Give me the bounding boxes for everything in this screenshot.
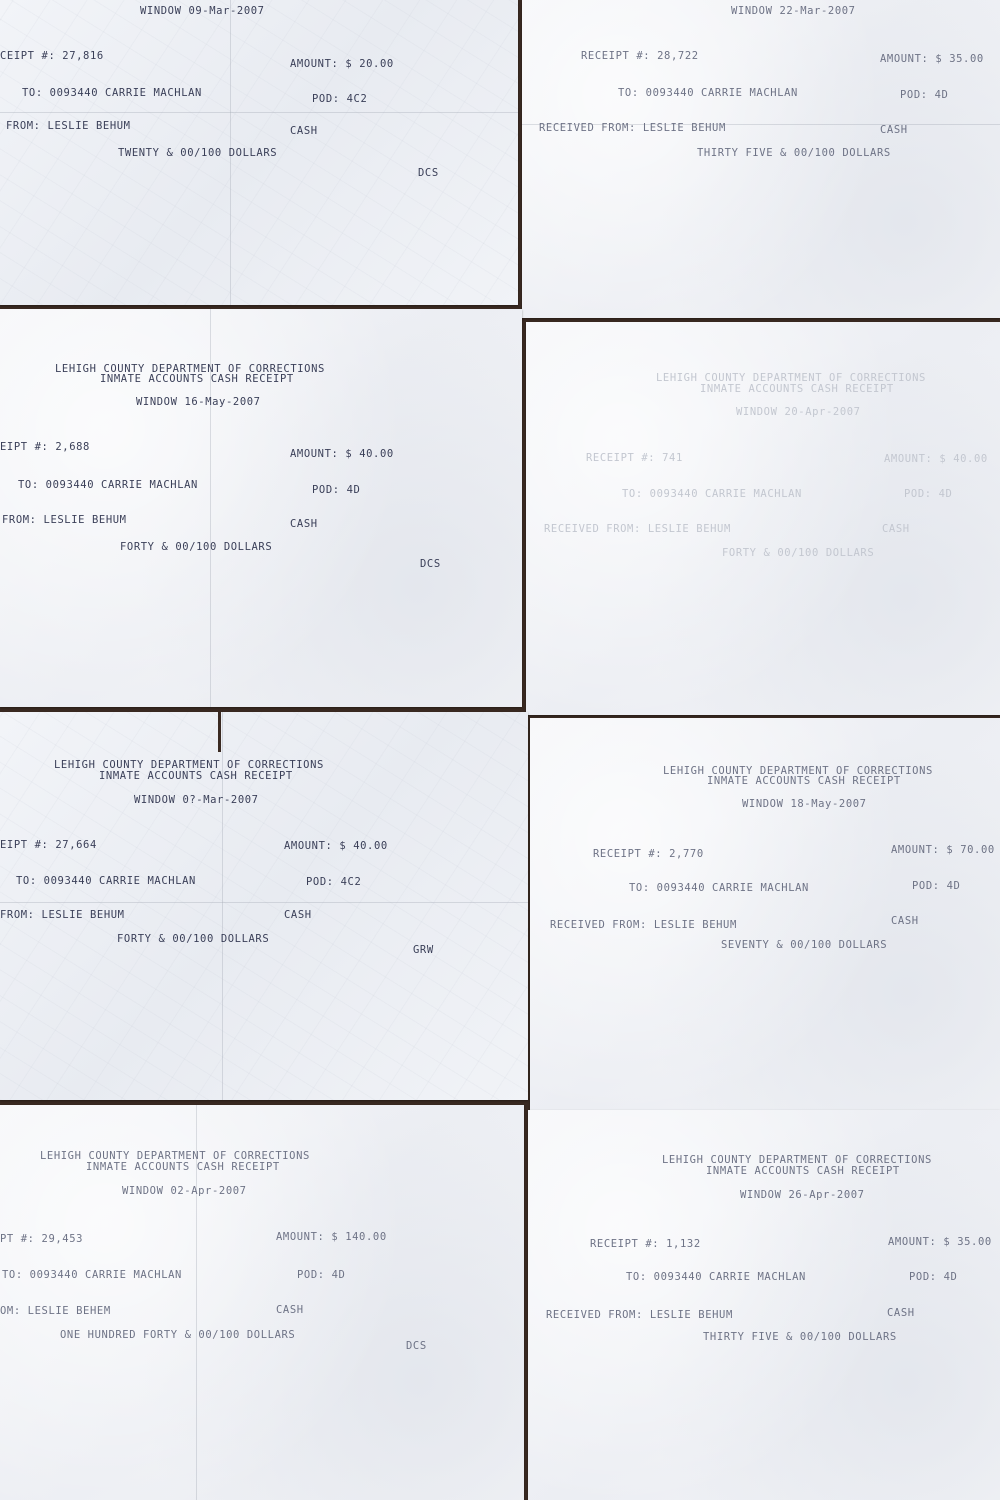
receipt-amount: AMOUNT: $ 40.00	[884, 453, 988, 465]
receipt-number: PT #: 29,453	[0, 1233, 83, 1245]
receipt-window-date: WINDOW 0?-Mar-2007	[134, 794, 259, 806]
receipt-payment-method: CASH	[880, 124, 908, 136]
receipt-22-mar-2007: WINDOW 22-Mar-2007 RECEIPT #: 28,722 AMO…	[522, 0, 1000, 318]
receipt-amount-words: SEVENTY & 00/100 DOLLARS	[721, 939, 887, 951]
receipt-amount: AMOUNT: $ 35.00	[888, 1236, 992, 1248]
receipt-amount-words: FORTY & 00/100 DOLLARS	[722, 547, 874, 559]
receipt-amount: AMOUNT: $ 140.00	[276, 1231, 387, 1243]
receipt-window-date: WINDOW 22-Mar-2007	[731, 5, 856, 17]
receipt-recipient: TO: 0093440 CARRIE MACHLAN	[2, 1269, 182, 1281]
receipt-amount-words: THIRTY FIVE & 00/100 DOLLARS	[697, 147, 891, 159]
receipt-recipient: TO: 0093440 CARRIE MACHLAN	[18, 479, 198, 491]
receipt-amount: AMOUNT: $ 20.00	[290, 58, 394, 70]
receipt-0x-mar-2007: LEHIGH COUNTY DEPARTMENT OF CORRECTIONS …	[0, 712, 528, 1100]
receipt-recipient: TO: 0093440 CARRIE MACHLAN	[626, 1271, 806, 1283]
receipt-window-date: WINDOW 18-May-2007	[742, 798, 867, 810]
receipt-amount: AMOUNT: $ 40.00	[284, 840, 388, 852]
receipt-amount-words: THIRTY FIVE & 00/100 DOLLARS	[703, 1331, 897, 1343]
receipt-amount-words: TWENTY & 00/100 DOLLARS	[118, 147, 277, 159]
receipt-header-line2: INMATE ACCOUNTS CASH RECEIPT	[86, 1161, 280, 1173]
receipt-pod: POD: 4C2	[306, 876, 361, 888]
receipt-number: RECEIPT #: 1,132	[590, 1238, 701, 1250]
receipt-amount-words: ONE HUNDRED FORTY & 00/100 DOLLARS	[60, 1329, 295, 1341]
receipt-sender: RECEIVED FROM: LESLIE BEHUM	[544, 523, 731, 535]
receipt-number: EIPT #: 27,664	[0, 839, 97, 851]
receipt-clerk: DCS	[406, 1340, 427, 1352]
receipt-sender: FROM: LESLIE BEHUM	[6, 120, 131, 132]
receipt-number: RECEIPT #: 2,770	[593, 848, 704, 860]
receipt-sender: RECEIVED FROM: LESLIE BEHUM	[550, 919, 737, 931]
receipt-window-date: WINDOW 02-Apr-2007	[122, 1185, 247, 1197]
receipt-recipient: TO: 0093440 CARRIE MACHLAN	[622, 488, 802, 500]
receipt-header-line2: INMATE ACCOUNTS CASH RECEIPT	[700, 383, 894, 395]
receipt-sender: FROM: LESLIE BEHUM	[0, 909, 125, 921]
receipt-pod: POD: 4D	[912, 880, 960, 892]
receipt-recipient: TO: 0093440 CARRIE MACHLAN	[618, 87, 798, 99]
receipt-window-date: WINDOW 16-May-2007	[136, 396, 261, 408]
receipt-payment-method: CASH	[290, 125, 318, 137]
receipt-recipient: TO: 0093440 CARRIE MACHLAN	[16, 875, 196, 887]
receipt-payment-method: CASH	[891, 915, 919, 927]
receipt-header-line2: INMATE ACCOUNTS CASH RECEIPT	[707, 775, 901, 787]
receipt-payment-method: CASH	[887, 1307, 915, 1319]
receipt-pod: POD: 4D	[909, 1271, 957, 1283]
receipt-clerk: DCS	[418, 167, 439, 179]
receipt-sender: OM: LESLIE BEHEM	[0, 1305, 111, 1317]
receipt-number: CEIPT #: 27,816	[0, 50, 104, 62]
receipt-sender: RECEIVED FROM: LESLIE BEHUM	[546, 1309, 733, 1321]
receipt-window-date: WINDOW 09-Mar-2007	[140, 5, 265, 17]
receipt-26-apr-2007: LEHIGH COUNTY DEPARTMENT OF CORRECTIONS …	[528, 1110, 1000, 1500]
receipt-payment-method: CASH	[290, 518, 318, 530]
receipt-header-line2: INMATE ACCOUNTS CASH RECEIPT	[99, 770, 293, 782]
receipt-20-apr-2007: LEHIGH COUNTY DEPARTMENT OF CORRECTIONS …	[526, 322, 1000, 715]
receipt-clerk: GRW	[413, 944, 434, 956]
receipt-amount-words: FORTY & 00/100 DOLLARS	[117, 933, 269, 945]
receipt-pod: POD: 4D	[900, 89, 948, 101]
receipt-sender: RECEIVED FROM: LESLIE BEHUM	[539, 122, 726, 134]
receipt-pod: POD: 4D	[312, 484, 360, 496]
receipt-window-date: WINDOW 26-Apr-2007	[740, 1189, 865, 1201]
receipt-sender: FROM: LESLIE BEHUM	[2, 514, 127, 526]
receipt-header-line2: INMATE ACCOUNTS CASH RECEIPT	[100, 373, 294, 385]
receipt-recipient: TO: 0093440 CARRIE MACHLAN	[22, 87, 202, 99]
receipt-pod: POD: 4D	[904, 488, 952, 500]
receipt-payment-method: CASH	[882, 523, 910, 535]
receipt-16-may-2007: LEHIGH COUNTY DEPARTMENT OF CORRECTIONS …	[0, 309, 522, 707]
receipt-number: RECEIPT #: 28,722	[581, 50, 699, 62]
receipt-amount: AMOUNT: $ 40.00	[290, 448, 394, 460]
paper-tear	[218, 712, 221, 752]
receipt-window-date: WINDOW 20-Apr-2007	[736, 406, 861, 418]
receipt-09-mar-2007: WINDOW 09-Mar-2007 CEIPT #: 27,816 AMOUN…	[0, 0, 518, 305]
receipt-amount-words: FORTY & 00/100 DOLLARS	[120, 541, 272, 553]
receipt-amount: AMOUNT: $ 70.00	[891, 844, 995, 856]
receipt-payment-method: CASH	[284, 909, 312, 921]
receipt-pod: POD: 4D	[297, 1269, 345, 1281]
receipt-header-line2: INMATE ACCOUNTS CASH RECEIPT	[706, 1165, 900, 1177]
receipt-pod: POD: 4C2	[312, 93, 367, 105]
receipt-payment-method: CASH	[276, 1304, 304, 1316]
receipt-amount: AMOUNT: $ 35.00	[880, 53, 984, 65]
receipt-18-may-2007: LEHIGH COUNTY DEPARTMENT OF CORRECTIONS …	[530, 718, 1000, 1110]
receipt-number: EIPT #: 2,688	[0, 441, 90, 453]
receipt-number: RECEIPT #: 741	[586, 452, 683, 464]
receipt-02-apr-2007: LEHIGH COUNTY DEPARTMENT OF CORRECTIONS …	[0, 1105, 524, 1500]
receipt-clerk: DCS	[420, 558, 441, 570]
receipt-recipient: TO: 0093440 CARRIE MACHLAN	[629, 882, 809, 894]
